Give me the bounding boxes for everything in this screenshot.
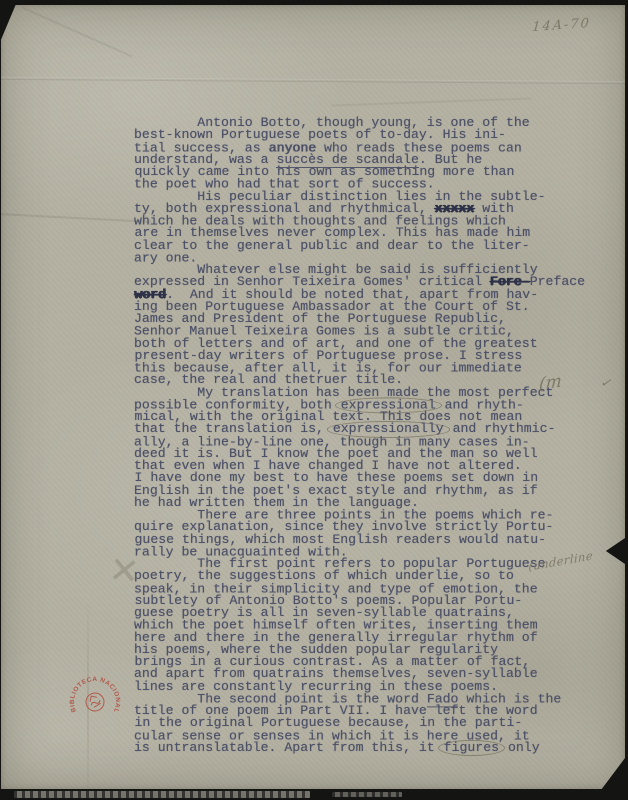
typed-line: mical, with the original text. This does…	[135, 411, 586, 423]
typed-line: brings in a curious contrast. As a matte…	[135, 656, 586, 668]
underlying-page-edge	[14, 791, 310, 798]
typed-line: the poet who had that sort of success.	[134, 179, 585, 191]
typed-line: Senhor Manuel Teixeira Gomes is a subtle…	[134, 326, 585, 338]
fold-crease-left	[1, 213, 151, 223]
fold-crease-horizontal	[1, 77, 625, 84]
typed-line: rally be unacquainted with.	[134, 546, 585, 558]
library-stamp: BIBLIOTECA NACIONAL	[59, 666, 131, 738]
typescript-text-block: Antonio Botto, though young, is one of t…	[134, 117, 585, 754]
archive-code-handwritten: 14A-70	[532, 16, 592, 35]
stamp-text: BIBLIOTECA NACIONAL	[59, 666, 129, 735]
typed-line: are in themselves never complex. This ha…	[135, 227, 586, 239]
svg-text:BIBLIOTECA NACIONAL: BIBLIOTECA NACIONAL	[59, 666, 129, 735]
typed-line: tial success, as anyone who reads these …	[134, 142, 585, 154]
typed-line: cular sense or senses in which it is her…	[134, 730, 585, 742]
typed-line: I have done my best to have these poems …	[135, 472, 586, 484]
pencil-note-margin: (m	[538, 371, 562, 395]
typed-line: There are three points in the poems whic…	[134, 509, 585, 521]
typed-line: subtlety of Antonio Botto's poems. Popul…	[135, 595, 586, 607]
typed-line: is untranslatable. Apart from this, it f…	[134, 742, 585, 754]
typed-line: ally, a line-by-line one, though in many…	[134, 436, 585, 448]
typed-line: word. And it should be noted that, apart…	[135, 289, 586, 301]
typed-line: clear to the general public and dear to …	[134, 240, 585, 252]
typed-line: ary one.	[134, 252, 585, 264]
underlying-page-edge-small	[332, 792, 402, 797]
pencil-check-mark: ✓	[599, 375, 612, 391]
typescript-page: 14A-70 Antonio Botto, though young, is o…	[1, 5, 625, 789]
pencil-x-mark: ✕	[107, 550, 141, 594]
typed-line: which the poet himself often writes, ins…	[134, 620, 585, 632]
typed-line: this because, after all, it is, for our …	[134, 362, 585, 374]
fold-crease-upper	[331, 98, 531, 107]
typed-line: The second point is the word Fado which …	[134, 693, 585, 705]
fold-crease-diagonal	[22, 7, 132, 58]
